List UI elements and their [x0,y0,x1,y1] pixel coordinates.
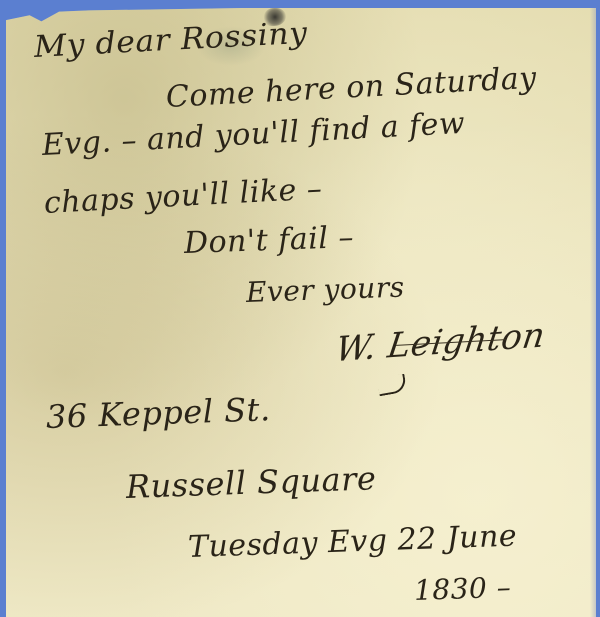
closing: Ever yours [245,270,405,309]
salutation: My dear Rossiny [33,16,308,65]
address-line-1: 36 Keppel St. [45,390,271,436]
body-line-2: Evg. – and you'll find a few [41,106,466,163]
paper-sheet: My dear Rossiny Come here on Saturday Ev… [6,8,596,617]
year-line: 1830 – [413,571,511,607]
address-line-2: Russell Square [125,459,377,506]
scanned-letter: My dear Rossiny Come here on Saturday Ev… [0,0,600,617]
body-line-3: chaps you'll like – [43,171,323,221]
date-line: Tuesday Evg 22 June [187,519,517,565]
body-line-1: Come here on Saturday [165,61,537,115]
body-line-4: Don't fail – [183,220,354,261]
signature-flourish [377,374,408,397]
